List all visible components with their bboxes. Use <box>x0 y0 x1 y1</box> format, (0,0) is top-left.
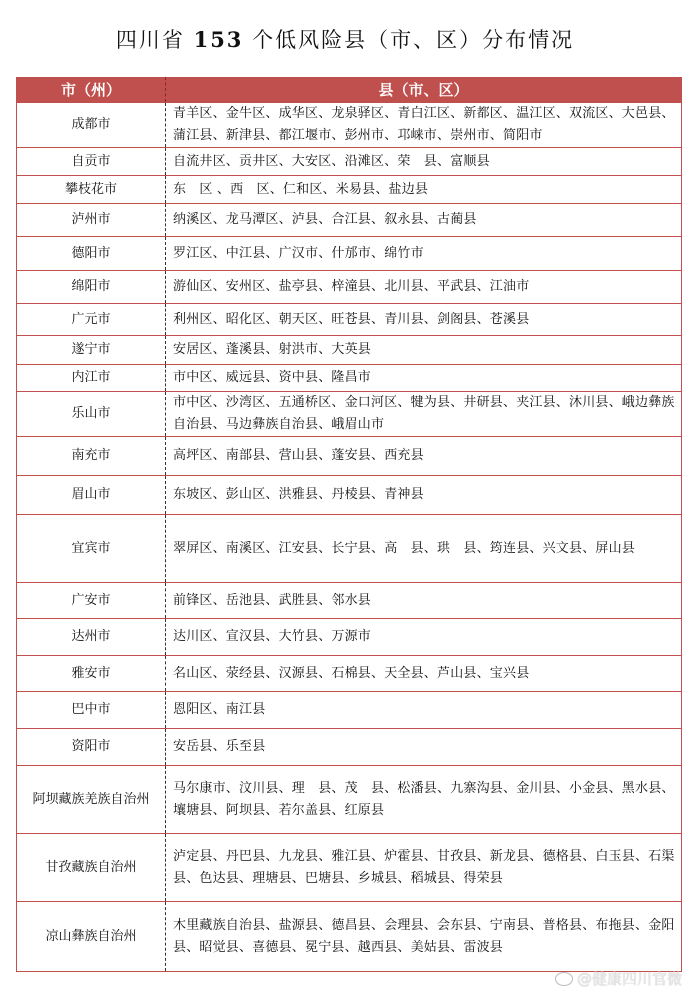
counties-cell: 翠屏区、南溪区、江安县、长宁县、高 县、珙 县、筠连县、兴文县、屏山县 <box>166 515 681 582</box>
counties-cell: 达川区、宣汉县、大竹县、万源市 <box>166 619 681 655</box>
watermark-text: @健康四川官微 <box>577 968 682 989</box>
title-number: 153 <box>194 27 244 52</box>
counties-cell: 高坪区、南部县、营山县、蓬安县、西充县 <box>166 437 681 475</box>
counties-cell: 自流井区、贡井区、大安区、沿滩区、荣 县、富顺县 <box>166 148 681 175</box>
table-row: 广元市利州区、昭化区、朝天区、旺苍县、青川县、剑阁县、苍溪县 <box>17 303 681 335</box>
table-row: 南充市高坪区、南部县、营山县、蓬安县、西充县 <box>17 436 681 475</box>
counties-cell: 木里藏族自治县、盐源县、德昌县、会理县、会东县、宁南县、普格县、布拖县、金阳县、… <box>166 902 681 971</box>
city-cell: 广元市 <box>17 304 166 335</box>
title-suffix: 个低风险县（市、区）分布情况 <box>243 28 574 52</box>
counties-cell: 东 区 、西 区、仁和区、米易县、盐边县 <box>166 176 681 203</box>
city-cell: 达州市 <box>17 619 166 655</box>
counties-cell: 东坡区、彭山区、洪雅县、丹棱县、青神县 <box>166 476 681 514</box>
counties-cell: 市中区、沙湾区、五通桥区、金口河区、犍为县、井研县、夹江县、沐川县、峨边彝族自治… <box>166 392 681 436</box>
city-cell: 绵阳市 <box>17 271 166 303</box>
table-row: 遂宁市安居区、蓬溪县、射洪市、大英县 <box>17 335 681 364</box>
table-row: 乐山市市中区、沙湾区、五通桥区、金口河区、犍为县、井研县、夹江县、沐川县、峨边彝… <box>17 391 681 436</box>
table-row: 成都市青羊区、金牛区、成华区、龙泉驿区、青白江区、新都区、温江区、双流区、大邑县… <box>17 102 681 147</box>
low-risk-county-table: 市（州） 县（市、区） 成都市青羊区、金牛区、成华区、龙泉驿区、青白江区、新都区… <box>16 77 682 972</box>
table-row: 泸州市纳溪区、龙马潭区、泸县、合江县、叙永县、古蔺县 <box>17 203 681 236</box>
table-row: 阿坝藏族羌族自治州马尔康市、汶川县、理 县、茂 县、松潘县、九寨沟县、金川县、小… <box>17 765 681 833</box>
counties-cell: 青羊区、金牛区、成华区、龙泉驿区、青白江区、新都区、温江区、双流区、大邑县、蒲江… <box>166 103 681 147</box>
table-row: 雅安市名山区、荥经县、汉源县、石棉县、天全县、芦山县、宝兴县 <box>17 655 681 691</box>
city-cell: 巴中市 <box>17 692 166 728</box>
table-row: 甘孜藏族自治州泸定县、丹巴县、九龙县、雅江县、炉霍县、甘孜县、新龙县、德格县、白… <box>17 833 681 901</box>
table-row: 攀枝花市东 区 、西 区、仁和区、米易县、盐边县 <box>17 175 681 203</box>
counties-cell: 前锋区、岳池县、武胜县、邻水县 <box>166 583 681 618</box>
table-row: 德阳市罗江区、中江县、广汉市、什邡市、绵竹市 <box>17 236 681 270</box>
counties-cell: 泸定县、丹巴县、九龙县、雅江县、炉霍县、甘孜县、新龙县、德格县、白玉县、石渠县、… <box>166 834 681 901</box>
table-header: 市（州） 县（市、区） <box>17 77 681 102</box>
counties-cell: 市中区、威远县、资中县、隆昌市 <box>166 365 681 391</box>
city-cell: 眉山市 <box>17 476 166 514</box>
counties-cell: 纳溪区、龙马潭区、泸县、合江县、叙永县、古蔺县 <box>166 204 681 236</box>
counties-cell: 利州区、昭化区、朝天区、旺苍县、青川县、剑阁县、苍溪县 <box>166 304 681 335</box>
table-row: 内江市市中区、威远县、资中县、隆昌市 <box>17 364 681 391</box>
table-row: 资阳市安岳县、乐至县 <box>17 728 681 765</box>
table-row: 自贡市自流井区、贡井区、大安区、沿滩区、荣 县、富顺县 <box>17 147 681 175</box>
city-cell: 泸州市 <box>17 204 166 236</box>
counties-cell: 游仙区、安州区、盐亭县、梓潼县、北川县、平武县、江油市 <box>166 271 681 303</box>
table-row: 凉山彝族自治州木里藏族自治县、盐源县、德昌县、会理县、会东县、宁南县、普格县、布… <box>17 901 681 971</box>
table-row: 广安市前锋区、岳池县、武胜县、邻水县 <box>17 582 681 618</box>
counties-cell: 安居区、蓬溪县、射洪市、大英县 <box>166 336 681 364</box>
city-cell: 凉山彝族自治州 <box>17 902 166 971</box>
header-counties: 县（市、区） <box>166 77 681 102</box>
city-cell: 乐山市 <box>17 392 166 436</box>
watermark: @健康四川官微 <box>555 968 682 989</box>
title-prefix: 四川省 <box>116 28 194 52</box>
counties-cell: 名山区、荥经县、汉源县、石棉县、天全县、芦山县、宝兴县 <box>166 656 681 691</box>
counties-cell: 安岳县、乐至县 <box>166 729 681 765</box>
city-cell: 南充市 <box>17 437 166 475</box>
counties-cell: 罗江区、中江县、广汉市、什邡市、绵竹市 <box>166 237 681 270</box>
table-row: 巴中市恩阳区、南江县 <box>17 691 681 728</box>
city-cell: 遂宁市 <box>17 336 166 364</box>
table-row: 达州市达川区、宣汉县、大竹县、万源市 <box>17 618 681 655</box>
city-cell: 甘孜藏族自治州 <box>17 834 166 901</box>
table-row: 绵阳市游仙区、安州区、盐亭县、梓潼县、北川县、平武县、江油市 <box>17 270 681 303</box>
header-city: 市（州） <box>17 77 166 102</box>
page-title: 四川省 153 个低风险县（市、区）分布情况 <box>0 24 690 54</box>
city-cell: 宜宾市 <box>17 515 166 582</box>
city-cell: 德阳市 <box>17 237 166 270</box>
weibo-icon <box>555 972 573 986</box>
counties-cell: 恩阳区、南江县 <box>166 692 681 728</box>
city-cell: 攀枝花市 <box>17 176 166 203</box>
city-cell: 资阳市 <box>17 729 166 765</box>
city-cell: 成都市 <box>17 103 166 147</box>
table-row: 眉山市东坡区、彭山区、洪雅县、丹棱县、青神县 <box>17 475 681 514</box>
table-body: 成都市青羊区、金牛区、成华区、龙泉驿区、青白江区、新都区、温江区、双流区、大邑县… <box>17 102 681 971</box>
counties-cell: 马尔康市、汶川县、理 县、茂 县、松潘县、九寨沟县、金川县、小金县、黑水县、壤塘… <box>166 766 681 833</box>
city-cell: 阿坝藏族羌族自治州 <box>17 766 166 833</box>
city-cell: 自贡市 <box>17 148 166 175</box>
city-cell: 内江市 <box>17 365 166 391</box>
city-cell: 广安市 <box>17 583 166 618</box>
table-row: 宜宾市翠屏区、南溪区、江安县、长宁县、高 县、珙 县、筠连县、兴文县、屏山县 <box>17 514 681 582</box>
city-cell: 雅安市 <box>17 656 166 691</box>
